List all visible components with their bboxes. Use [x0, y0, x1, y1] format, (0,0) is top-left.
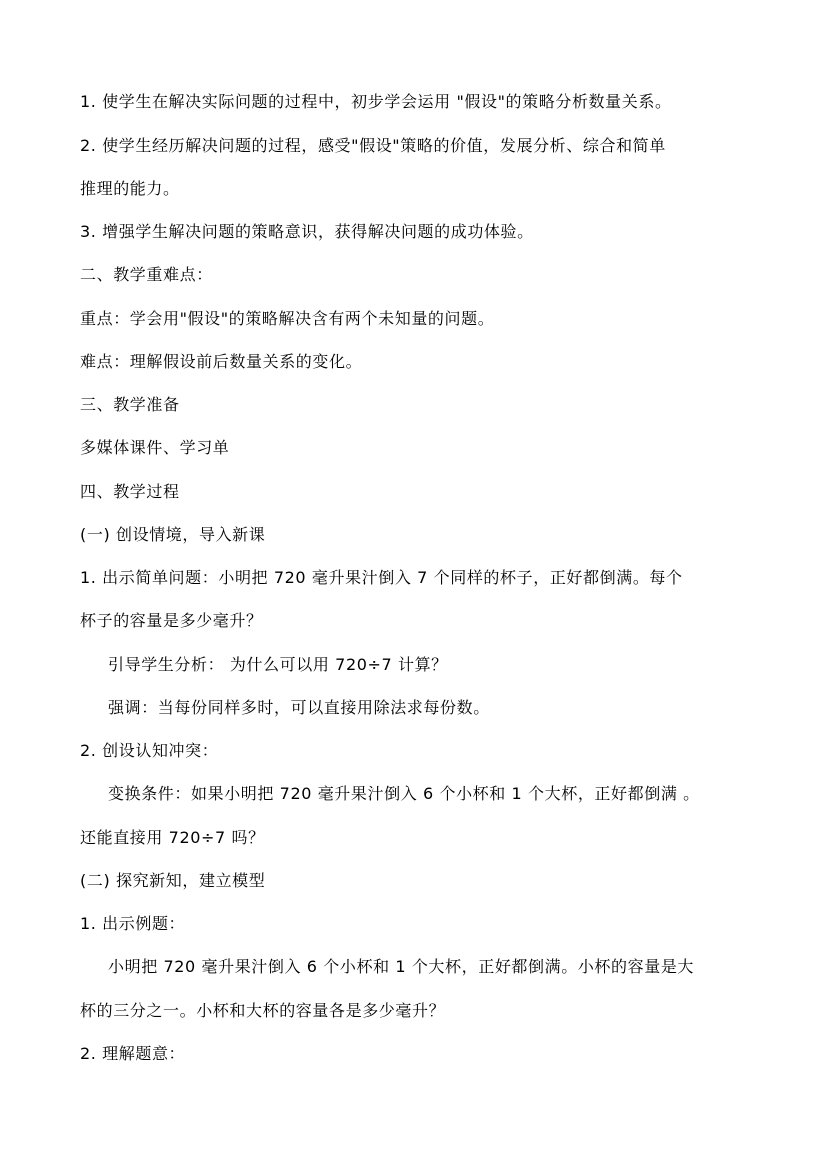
section-heading-preparation: 三、教学准备	[80, 395, 180, 415]
intro-step-2: 2. 创设认知冲突：	[80, 741, 218, 761]
guide-analysis: 引导学生分析： 为什么可以用 720÷7 计算？	[108, 655, 448, 675]
example-problem-continued: 杯的三分之一。小杯和大杯的容量各是多少毫升？	[80, 1001, 445, 1021]
changed-condition: 变换条件：如果小明把 720 毫升果汁倒入 6 个小杯和 1 个大杯，正好都倒满…	[108, 784, 700, 804]
section-heading-key-points: 二、教学重难点：	[80, 265, 213, 285]
section-heading-process: 四、教学过程	[80, 482, 180, 502]
objective-2: 2. 使学生经历解决问题的过程，感受"假设"策略的价值，发展分析、综合和简单	[80, 136, 666, 156]
subsection-heading-explore: (二) 探究新知，建立模型	[80, 871, 265, 891]
intro-step-1: 1. 出示简单问题：小明把 720 毫升果汁倒入 7 个同样的杯子，正好都倒满。…	[80, 568, 683, 588]
intro-step-1-continued: 杯子的容量是多少毫升？	[80, 611, 263, 631]
emphasis-note: 强调：当每份同样多时，可以直接用除法求每份数。	[108, 698, 490, 718]
objective-1: 1. 使学生在解决实际问题的过程中，初步学会运用 "假设"的策略分析数量关系。	[80, 92, 672, 112]
subsection-heading-intro: (一) 创设情境，导入新课	[80, 525, 265, 545]
objective-2-continued: 推理的能力。	[80, 179, 180, 199]
preparation-materials: 多媒体课件、学习单	[80, 438, 229, 458]
key-point: 重点：学会用"假设"的策略解决含有两个未知量的问题。	[80, 309, 494, 329]
difficult-point: 难点：理解假设前后数量关系的变化。	[80, 352, 362, 372]
changed-condition-continued: 还能直接用 720÷7 吗？	[80, 828, 265, 848]
document-page: 1. 使学生在解决实际问题的过程中，初步学会运用 "假设"的策略分析数量关系。 …	[0, 0, 827, 1170]
example-problem: 小明把 720 毫升果汁倒入 6 个小杯和 1 个大杯，正好都倒满。小杯的容量是…	[108, 957, 694, 977]
explore-step-1: 1. 出示例题：	[80, 914, 185, 934]
objective-3: 3. 增强学生解决问题的策略意识，获得解决问题的成功体验。	[80, 222, 534, 242]
explore-step-2: 2. 理解题意：	[80, 1044, 185, 1064]
